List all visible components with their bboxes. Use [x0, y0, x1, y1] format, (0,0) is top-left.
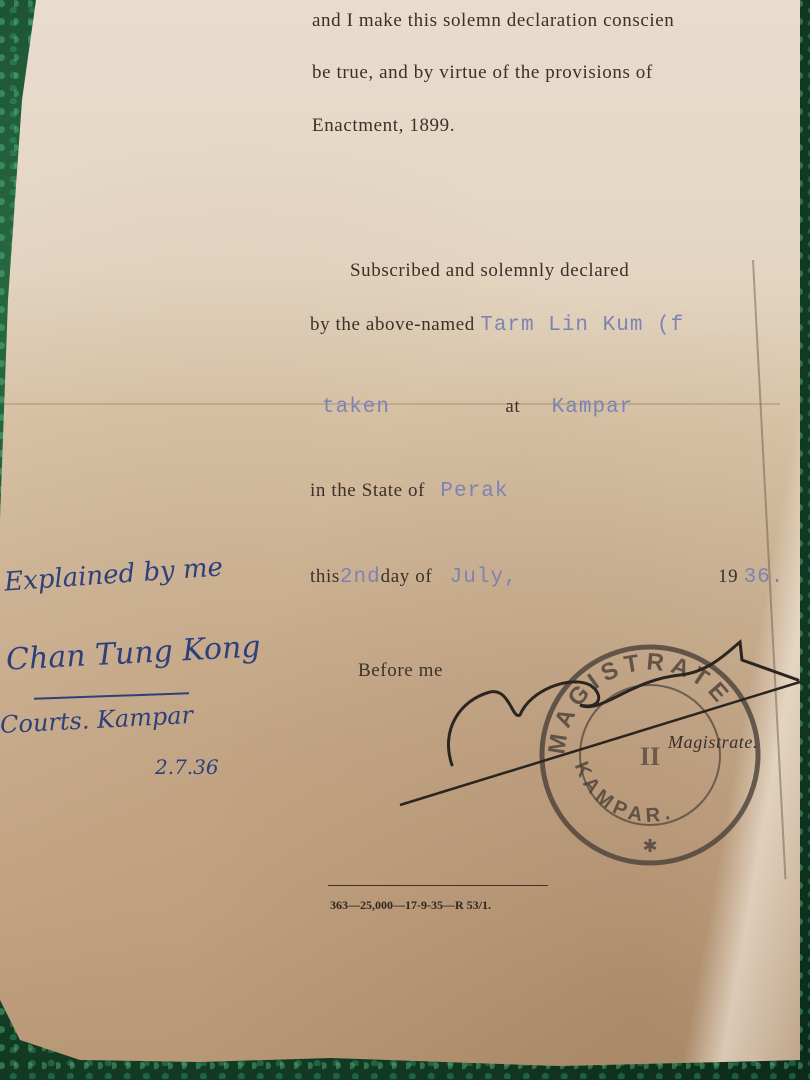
handwritten-signature: Chan Tung Kong	[5, 629, 261, 677]
this-label: this	[310, 566, 340, 587]
subscribed-line: Subscribed and solemnly declared	[350, 260, 629, 282]
state-field: Perak	[440, 480, 508, 503]
handwritten-date: 2.7.36	[155, 755, 219, 779]
signature-underline	[34, 692, 189, 699]
magistrate-label: Magistrate.	[668, 732, 758, 753]
day-field: 2nd	[340, 566, 381, 589]
year-prefix: 19	[718, 566, 738, 587]
handwritten-explained: Explained by me	[3, 552, 224, 597]
state-line: in the State of Perak	[310, 480, 508, 503]
date-line: this2ndday of July, 19 36.	[310, 566, 810, 589]
place-field: Kampar	[552, 396, 634, 419]
printed-line-3: Enactment, 1899.	[312, 115, 455, 137]
year-line: 19 36.	[718, 566, 784, 589]
taken-field: taken	[322, 396, 390, 419]
declarant-line: by the above-named Tarm Lin Kum (f	[310, 314, 684, 337]
printed-line-1: and I make this solemn declaration consc…	[312, 10, 674, 32]
printed-line-2: be true, and by virtue of the provisions…	[312, 62, 653, 84]
in-state-label: in the State of	[310, 480, 425, 501]
form-code: 363—25,000—17-9-35—R 53/1.	[330, 898, 491, 913]
document-paper: and I make this solemn declaration consc…	[0, 0, 800, 1068]
month-field: July,	[450, 566, 518, 589]
year-suffix: 36.	[744, 566, 785, 589]
footer-rule	[328, 885, 548, 886]
svg-text:✱: ✱	[642, 836, 657, 856]
at-label: at	[505, 396, 520, 417]
magistrate-signature	[390, 620, 810, 820]
by-named-label: by the above-named	[310, 314, 475, 335]
place-line: taken at Kampar	[322, 396, 633, 419]
handwritten-courts: Courts. Kampar	[0, 701, 194, 739]
day-of-label: day of	[381, 566, 433, 587]
declarant-name: Tarm Lin Kum (f	[480, 314, 684, 337]
